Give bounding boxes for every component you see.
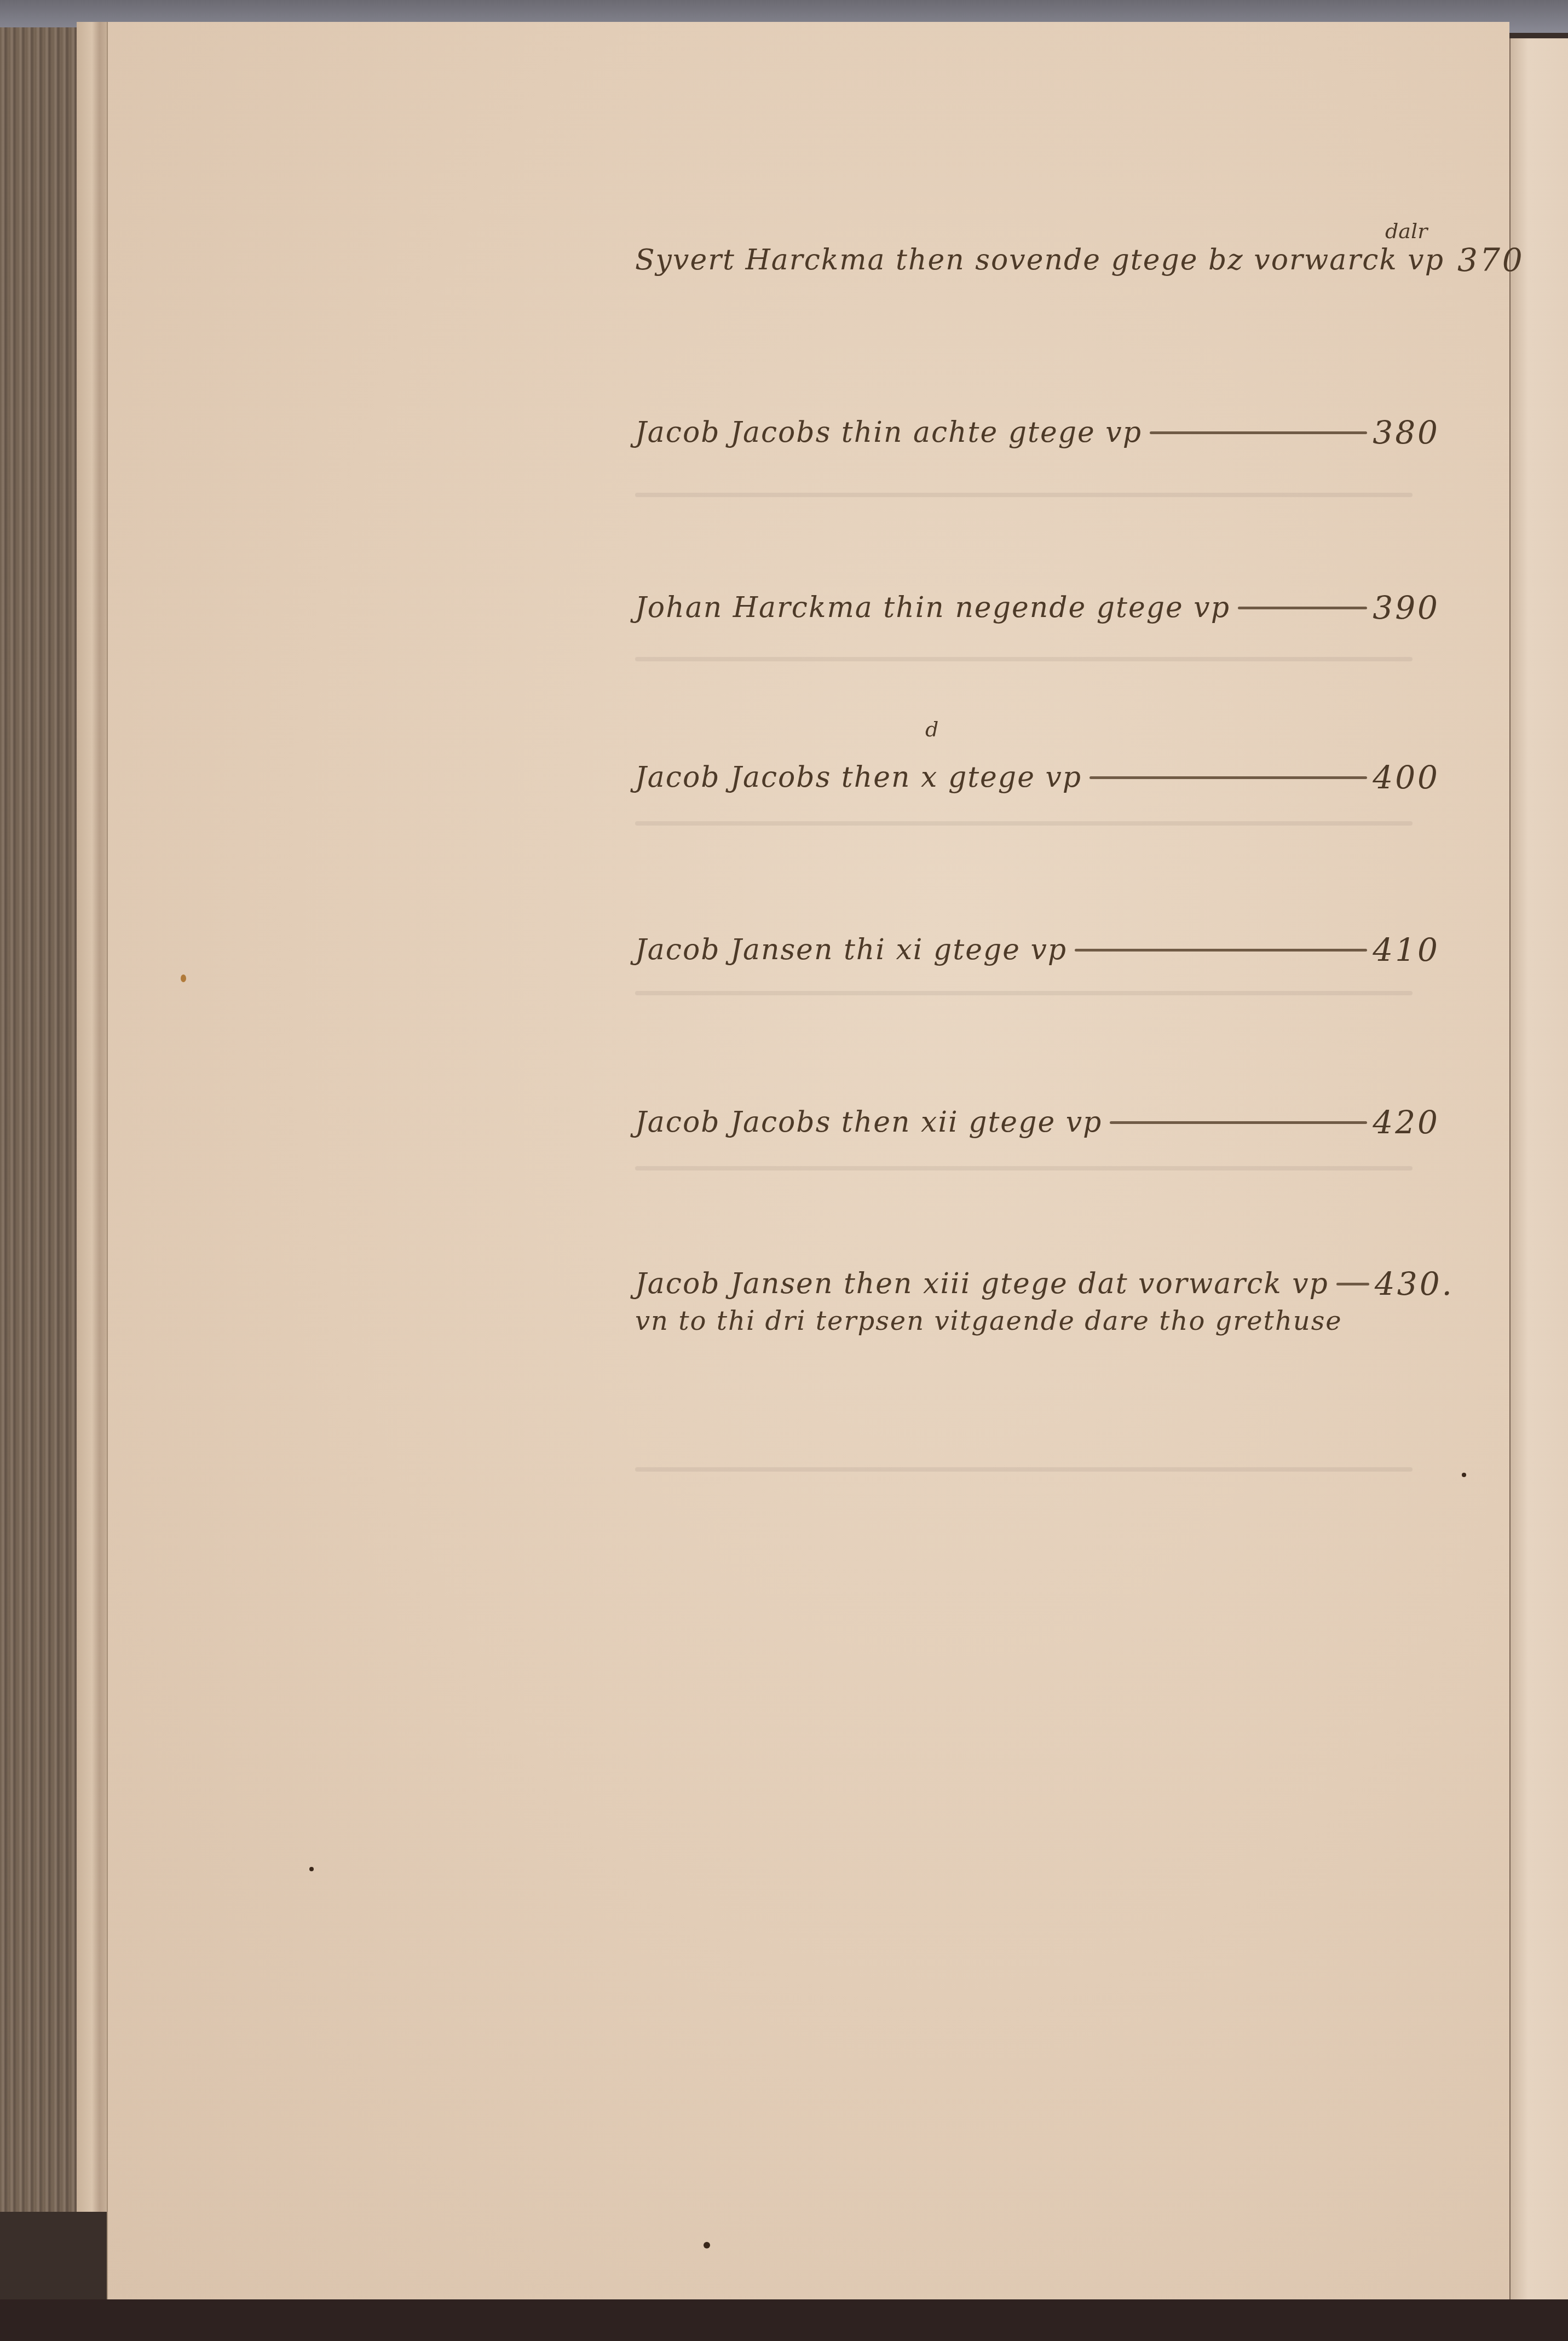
bleed-through-line xyxy=(635,1467,1413,1472)
entry-continuation: vn to thi dri terpsen vitgaende dare tho… xyxy=(635,1306,1440,1336)
facing-page-edge xyxy=(1509,38,1568,2305)
entry-dash-rule xyxy=(1336,1283,1369,1285)
entry-dash-rule xyxy=(1089,776,1367,779)
manuscript-page xyxy=(107,22,1509,2305)
entry-number: 380 xyxy=(1373,414,1440,451)
entry-text: Jacob Jansen thi xi gtege vp xyxy=(635,933,1067,966)
bleed-through-line xyxy=(635,991,1413,995)
entry-dash-rule xyxy=(1150,431,1367,434)
entry-text: Syvert Harckma then sovende gtege bz vor… xyxy=(635,244,1444,276)
paper-speck xyxy=(309,1867,314,1871)
entry-number: 390 xyxy=(1373,589,1440,626)
book-page-stack xyxy=(0,27,82,2212)
ledger-entry: Johan Harckma thin negende gtege vp 390 xyxy=(635,583,1440,632)
ledger-entry: Jacob Jansen thi xi gtege vp 410 xyxy=(635,925,1440,975)
entry-number: 420 xyxy=(1373,1104,1440,1141)
ledger-entry: Jacob Jacobs thin achte gtege vp 380 xyxy=(635,408,1440,457)
entry-number: 430. xyxy=(1375,1265,1454,1302)
paper-stain xyxy=(181,975,186,982)
bleed-through-line xyxy=(635,493,1413,497)
paper-speck xyxy=(1462,1473,1466,1477)
ledger-entry: Jacob Jansen then xiii gtege dat vorwarc… xyxy=(635,1259,1440,1308)
entry-text: Jacob Jacobs then xii gtege vp xyxy=(635,1106,1102,1139)
entry-dash-rule xyxy=(1238,607,1367,609)
entry-number: 410 xyxy=(1373,931,1440,968)
ledger-entry: Jacob Jacobs then xii gtege vp 420 xyxy=(635,1098,1440,1147)
bleed-through-line xyxy=(635,1166,1413,1170)
bleed-through-line xyxy=(635,821,1413,826)
entry-superscript: d xyxy=(925,717,938,741)
entry-text: Jacob Jansen then xiii gtege dat vorwarc… xyxy=(635,1267,1329,1300)
paper-speck xyxy=(704,2242,710,2248)
ledger-entry: Jacob Jacobs then x gtege vp 400 xyxy=(635,753,1440,802)
entry-text: Jacob Jacobs then x gtege vp xyxy=(635,761,1082,794)
entry-number: 400 xyxy=(1373,759,1440,796)
ledger-entry: Syvert Harckma then sovende gtege bz vor… xyxy=(635,235,1440,285)
scan-bottom-border xyxy=(0,2299,1568,2341)
entry-text: Johan Harckma thin negende gtege vp xyxy=(635,591,1230,624)
entry-dash-rule xyxy=(1075,949,1367,952)
bleed-through-line xyxy=(635,657,1413,661)
entry-dash-rule xyxy=(1110,1121,1367,1124)
entry-text: Jacob Jacobs thin achte gtege vp xyxy=(635,416,1142,449)
entry-number: 370 xyxy=(1457,241,1525,279)
